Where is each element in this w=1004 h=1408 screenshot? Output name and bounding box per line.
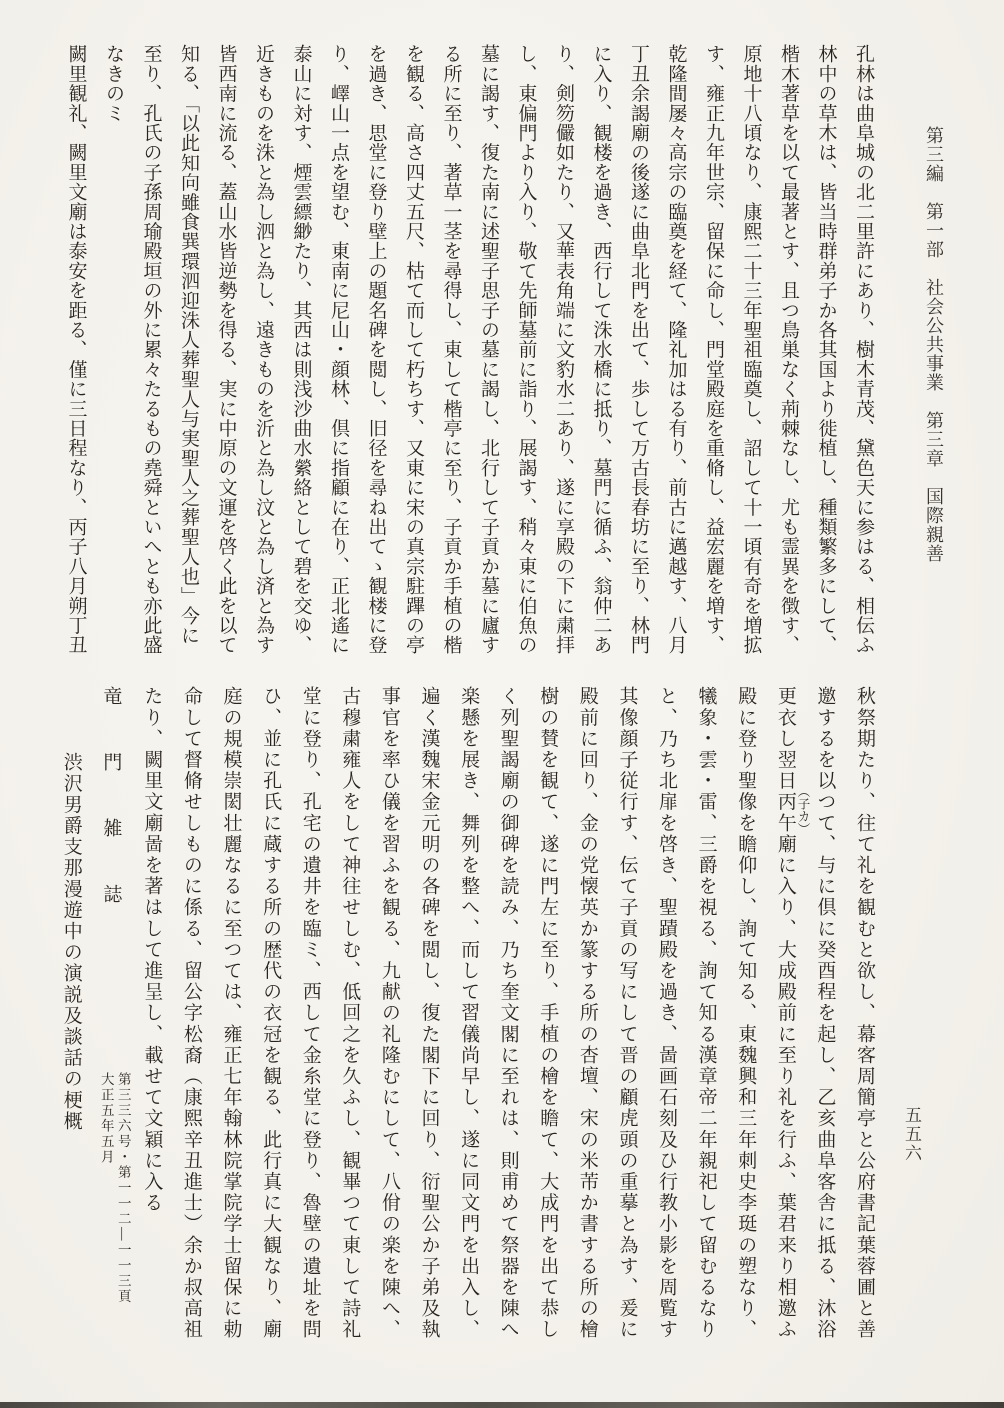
page-number: 五五六 bbox=[899, 1106, 924, 1196]
text-column: 邀するを以つて、与に倶に癸酉程を起し、乙亥曲阜客舎に抵る、沐浴 bbox=[805, 686, 845, 1404]
citation: 第三三六号・第一一二―一一三頁大正五年五月 bbox=[98, 1072, 132, 1305]
text-column: 林中の草木は、皆当時群弟子か各其国より徙植し、種類繁多にして、 bbox=[807, 44, 845, 674]
text-column: 原地十八頃なり、康熙二十三年聖祖臨奠し、詔して十一頃有奇を増拡 bbox=[732, 44, 770, 674]
interlinear-note: （子カ） bbox=[796, 785, 810, 835]
text-column: す、雍正九年世宗、留保に命し、門堂殿庭を重脩し、益宏麗を増す、 bbox=[695, 44, 733, 674]
text-column: 楽懸を展き、舞列を整へ、而して習儀尚早し、遂に同文門を出入し、 bbox=[448, 686, 488, 1404]
text-column: 樹の賛を観て、遂に門左に至り、手植の檜を瞻て、大成門を出て恭し bbox=[528, 686, 568, 1404]
text-column: 其像顔子従行す、伝て子貢の写にして晋の顧虎頭の重摹と為す、爰に bbox=[607, 686, 647, 1404]
text-column: 皆西南に流る、蓋山水皆逆勢を得る、実に中原の文運を啓く此を以て bbox=[207, 44, 245, 674]
text-column: 命して督脩せしものに係る、留公字松裔（康熙辛丑進士）余か叔高祖 bbox=[171, 686, 211, 1404]
text-column: ひ、並に孔氏に蔵する所の歴代の衣冠を観る、此行真に大観なり、廟 bbox=[251, 686, 291, 1404]
text-column: 楷木著草を以て最著とす、且つ鳥巣なく荊棘なし、尤も霊異を徴す、 bbox=[770, 44, 808, 674]
scanned-book-page: 第三編 第一部 社会公共事業 第三章 国際親善 五五六 孔林は曲阜城の北二里許に… bbox=[0, 0, 1004, 1408]
text-column: 墓に謁す、復た南に述聖子思子の墓に謁し、北行して子貢か墓に廬す bbox=[470, 44, 508, 674]
text-column: 泰山に対す、煙雲縹緲たり、其西は則浅沙曲水縈絡として碧を交ゆ、 bbox=[282, 44, 320, 674]
journal-title: 竜門雑誌 bbox=[100, 686, 121, 950]
lower-text-block: 秋祭期たり、往て礼を観むと欲し、幕客周簡亭と公府書記葉蓉圃と善 邀するを以つて、… bbox=[51, 686, 884, 1404]
scanner-edge-shadow bbox=[0, 1402, 1004, 1408]
text-column: と、乃ち北扉を啓き、聖蹟殿を過き、啚画石刻及ひ行教小影を周覧す bbox=[646, 686, 686, 1404]
text-column: を観る、高さ四丈五尺、枯て而して朽ちす、又東に宋の真宗駐蹕の亭 bbox=[395, 44, 433, 674]
text-column: 遍く漢魏宋金元明の各碑を閲し、復た閣下に回り、衍聖公か子弟及執 bbox=[409, 686, 449, 1404]
citation-date: 大正五年五月 bbox=[98, 1072, 115, 1305]
upper-text-block: 孔林は曲阜城の北二里許にあり、樹木青茂、黛色天に参はる、相伝ふ 林中の草木は、皆… bbox=[57, 44, 882, 674]
text-column: 堂に登り、孔宅の遺井を臨ミ、西して金糸堂に登り、魯壁の遺址を問 bbox=[290, 686, 330, 1404]
text-column: 殿に登り聖像を瞻仰し、詢て知る、東魏興和三年刺史李珽の塑なり、 bbox=[726, 686, 766, 1404]
text-column: 乾隆間屡々高宗の臨奠を経て、隆礼加はる有り、前古に邁越す、八月 bbox=[657, 44, 695, 674]
text-column: 知る、「以此知向雖食巽環泗迎洙人葬聖人与実聖人之葬聖人也」今に bbox=[170, 44, 208, 674]
text-column: を過き、思堂に登り壁上の題名碑を閲し、旧径を尋ね出てゝ観楼に登 bbox=[357, 44, 395, 674]
text-column: に入り、観楼を過き、西行して洙水橋に抵り、墓門に循ふ、翁仲二あ bbox=[582, 44, 620, 674]
text-column: たり、闕里文廟啚を著はして進呈し、載せて文穎に入る bbox=[132, 686, 172, 1404]
text-column: 殿前に回り、金の党懐英か篆する所の杏壇、宋の米芾か書する所の檜 bbox=[567, 686, 607, 1404]
text-column: 犧象・雲・雷、三爵を視る、詢て知る漢章帝二年親祀して留むるなり bbox=[686, 686, 726, 1404]
text-column: 秋祭期たり、往て礼を観むと欲し、幕客周簡亭と公府書記葉蓉圃と善 bbox=[844, 686, 884, 1404]
text-column: 庭の規模崇閎壮麗なるに至つては、雍正七年翰林院掌院学士留保に勅 bbox=[211, 686, 251, 1404]
text-column: 丁丑余謁廟の後遂に曲阜北門を出て、歩して万古長春坊に至り、林門 bbox=[620, 44, 658, 674]
citation-issue-pages: 第三三六号・第一一二―一一三頁 bbox=[115, 1072, 132, 1305]
text-column: り、剣笏儼如たり、又華表角端に文豹水二あり、遂に享殿の下に粛拝 bbox=[545, 44, 583, 674]
text-column: 至り、孔氏の子孫周瑜殿垣の外に累々たるもの堯舜といへとも亦此盛 bbox=[132, 44, 170, 674]
text-column: 事官を率ひ儀を習ふを観る、九献の礼隆むにして、八佾の楽を陳へ、 bbox=[369, 686, 409, 1404]
running-head: 第三編 第一部 社会公共事業 第三章 国際親善 bbox=[921, 126, 947, 606]
text-column: 古穆粛雍人をして神往せしむ、低回之を久ふし、観畢つて東して詩礼 bbox=[330, 686, 370, 1404]
source-column: 竜門雑誌第三三六号・第一一二―一一三頁大正五年五月 bbox=[91, 686, 132, 1404]
text-column: り、嶧山一点を望む、東南に尼山・顔林、倶に指顧に在り、正北遙に bbox=[320, 44, 358, 674]
text-column: し、東偏門より入り、敬て先師墓前に詣り、展謁す、稍々東に伯魚の bbox=[507, 44, 545, 674]
next-section-title: 渋沢男爵支那漫遊中の演説及談話の梗概 bbox=[51, 686, 91, 1404]
text-column: 闕里観礼、闕里文廟は泰安を距る、僅に三日程なり、丙子八月朔丁丑 bbox=[57, 44, 95, 674]
text-column: く列聖謁廟の御碑を読み、乃ち奎文閣に至れは、則甫めて祭器を陳へ bbox=[488, 686, 528, 1404]
text-column: 孔林は曲阜城の北二里許にあり、樹木青茂、黛色天に参はる、相伝ふ bbox=[845, 44, 883, 674]
text-column: 近きものを洙と為し泗と為し、遠きものを沂と為し汶と為し済と為す bbox=[245, 44, 283, 674]
text-column: る所に至り、著草一茎を尋得し、東して楷亭に至り、子貢か手植の楷 bbox=[432, 44, 470, 674]
text-column: なきのミ bbox=[95, 44, 133, 674]
